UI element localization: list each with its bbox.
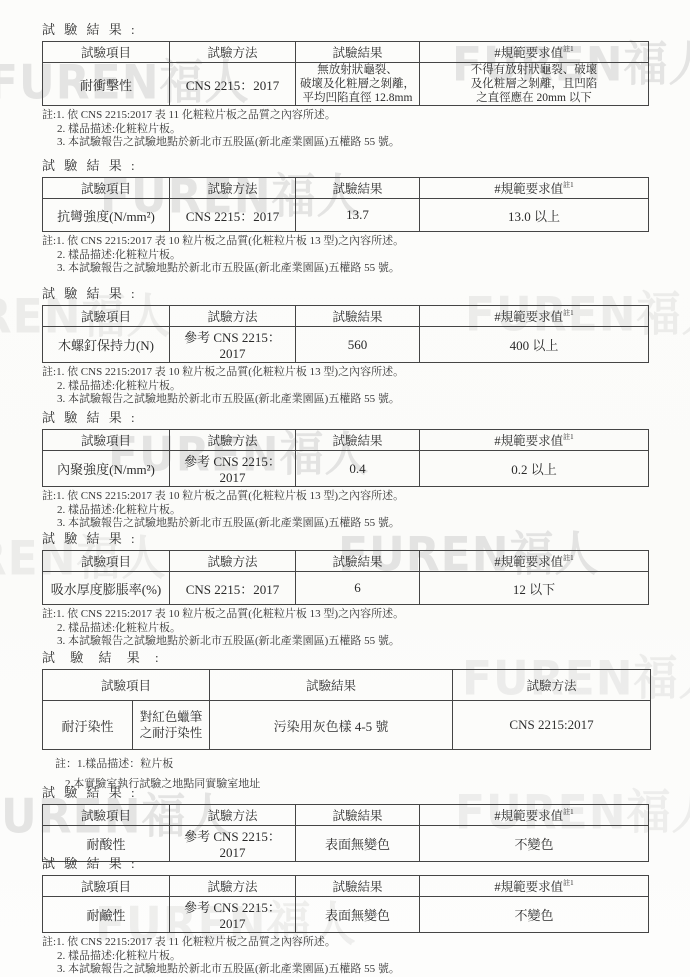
col-header-requirement: #規範要求值註1 — [420, 42, 649, 63]
note-text: 1.樣品描述：粒片板 — [77, 758, 173, 770]
note-line: 3. 本試驗報告之試驗地點於新北市五股區(新北產業園區)五權路 55 號。 — [42, 262, 649, 276]
data-row: 耐汙染性 對紅色蠟筆 之耐汙染性 污染用灰色樣 4-5 號 CNS 2215:2… — [43, 701, 651, 750]
footnote-marker: 註1 — [563, 433, 574, 441]
test-method-cell: 參考 CNS 2215：2017 — [170, 897, 296, 933]
test-result-cell: 0.4 — [296, 451, 420, 487]
col-header-method: 試驗方法 — [170, 876, 296, 897]
test-result-cell: 表面無變色 — [296, 897, 420, 933]
note-label: 註： — [55, 758, 77, 770]
note-line: 2. 樣品描述:化粧粒片板。 — [42, 123, 649, 137]
col-header-requirement: #規範要求值註1 — [420, 805, 649, 826]
header-row: 試驗項目 試驗方法 試驗結果 #規範要求值註1 — [43, 876, 649, 897]
col-header-item: 試驗項目 — [43, 670, 210, 701]
col-header-result: 試驗結果 — [296, 178, 420, 199]
requirement-cell: 0.2 以上 — [420, 451, 649, 487]
note-label: 註: — [42, 490, 56, 502]
result-table: 試驗項目 試驗方法 試驗結果 #規範要求值註1 耐鹼性 參考 CNS 2215：… — [42, 875, 649, 933]
data-row: 內聚強度(N/mm²) 參考 CNS 2215：2017 0.4 0.2 以上 — [43, 451, 649, 487]
requirement-header-text: #規範要求值 — [494, 809, 563, 823]
data-row: 抗彎強度(N/mm²) CNS 2215：2017 13.7 13.0 以上 — [43, 199, 649, 232]
section-stain-resistance: 試 驗 結 果 : 試驗項目 試驗結果 試驗方法 耐汙染性 對紅色蠟筆 之耐汙染… — [42, 650, 649, 794]
section-heading: 試 驗 結 果 : — [42, 856, 649, 872]
requirement-cell: 不變色 — [420, 897, 649, 933]
note-line: 2. 樣品描述:化粧粒片板。 — [42, 950, 649, 964]
footnote-marker: 註1 — [563, 554, 574, 562]
col-header-item: 試驗項目 — [43, 178, 170, 199]
test-method-cell: CNS 2215：2017 — [170, 63, 296, 106]
col-header-result: 試驗結果 — [296, 551, 420, 572]
section-screw-holding: 試 驗 結 果 : 試驗項目 試驗方法 試驗結果 #規範要求值註1 木螺釘保持力… — [42, 286, 649, 407]
col-header-requirement: #規範要求值註1 — [420, 306, 649, 327]
test-item-cell: 抗彎強度(N/mm²) — [43, 199, 170, 232]
test-item-cell: 耐汙染性 — [43, 701, 133, 750]
requirement-cell: 13.0 以上 — [420, 199, 649, 232]
note-line: 註:1. 依 CNS 2215:2017 表 11 化粧粒片板之品質之內容所述。 — [42, 109, 649, 123]
col-header-requirement: #規範要求值註1 — [420, 178, 649, 199]
col-header-item: 試驗項目 — [43, 42, 170, 63]
header-row: 試驗項目 試驗方法 試驗結果 #規範要求值註1 — [43, 551, 649, 572]
note-label: 註: — [42, 608, 56, 620]
section-thickness-swelling: 試 驗 結 果 : 試驗項目 試驗方法 試驗結果 #規範要求值註1 吸水厚度膨脹… — [42, 531, 649, 649]
data-row: 吸水厚度膨脹率(%) CNS 2215：2017 6 12 以下 — [43, 572, 649, 605]
col-header-item: 試驗項目 — [43, 430, 170, 451]
note-line: 註：1.樣品描述：粒片板 — [55, 754, 649, 774]
section-alkali-resistance: 試 驗 結 果 : 試驗項目 試驗方法 試驗結果 #規範要求值註1 耐鹼性 參考… — [42, 856, 649, 977]
col-header-item: 試驗項目 — [43, 306, 170, 327]
footnote-marker: 註1 — [563, 181, 574, 189]
section-heading: 試 驗 結 果 : — [42, 531, 649, 547]
note-text: 1. 依 CNS 2215:2017 表 11 化粧粒片板之品質之內容所述。 — [56, 936, 336, 948]
test-subitem-cell: 對紅色蠟筆 之耐汙染性 — [133, 701, 210, 750]
note-label: 註: — [42, 109, 56, 121]
col-header-requirement: #規範要求值註1 — [420, 876, 649, 897]
note-text: 1. 依 CNS 2215:2017 表 10 粒片板之品質(化粧粒片板 13 … — [56, 490, 404, 502]
requirement-line: 及化粧層之剝離，且凹陷 — [422, 77, 646, 91]
test-item-cell: 耐衝擊性 — [43, 63, 170, 106]
requirement-header-text: #規範要求值 — [494, 555, 563, 569]
col-header-method: 試驗方法 — [170, 551, 296, 572]
data-row: 耐鹼性 參考 CNS 2215：2017 表面無變色 不變色 — [43, 897, 649, 933]
section-heading: 試 驗 結 果 : — [42, 158, 649, 174]
section-impact-resistance: 試 驗 結 果 : 試驗項目 試驗方法 試驗結果 #規範要求值註1 耐衝擊性 C… — [42, 22, 649, 150]
test-result-cell: 污染用灰色樣 4-5 號 — [210, 701, 453, 750]
col-header-item: 試驗項目 — [43, 805, 170, 826]
footnote-marker: 註1 — [563, 879, 574, 887]
section-acid-resistance: 試 驗 結 果 : 試驗項目 試驗方法 試驗結果 #規範要求值註1 耐酸性 參考… — [42, 785, 649, 862]
note-line: 2. 樣品描述:化粧粒片板。 — [42, 249, 649, 263]
header-row: 試驗項目 試驗方法 試驗結果 #規範要求值註1 — [43, 805, 649, 826]
test-item-cell: 內聚強度(N/mm²) — [43, 451, 170, 487]
col-header-result: 試驗結果 — [210, 670, 453, 701]
col-header-method: 試驗方法 — [453, 670, 651, 701]
notes-block: 註:1. 依 CNS 2215:2017 表 10 粒片板之品質(化粧粒片板 1… — [42, 235, 649, 276]
notes-block: 註:1. 依 CNS 2215:2017 表 11 化粧粒片板之品質之內容所述。… — [42, 109, 649, 150]
data-row: 木螺釘保持力(N) 參考 CNS 2215：2017 560 400 以上 — [43, 327, 649, 363]
section-internal-bond: 試 驗 結 果 : 試驗項目 試驗方法 試驗結果 #規範要求值註1 內聚強度(N… — [42, 410, 649, 531]
requirement-header-text: #規範要求值 — [494, 434, 563, 448]
requirement-line: 之直徑應在 20mm 以下 — [422, 91, 646, 105]
note-label: 註: — [42, 366, 56, 378]
note-line: 註:1. 依 CNS 2215:2017 表 10 粒片板之品質(化粧粒片板 1… — [42, 235, 649, 249]
col-header-method: 試驗方法 — [170, 42, 296, 63]
subitem-line: 對紅色蠟筆 — [135, 709, 207, 725]
section-heading: 試 驗 結 果 : — [42, 410, 649, 426]
note-label: 註: — [42, 235, 56, 247]
note-line: 註:1. 依 CNS 2215:2017 表 10 粒片板之品質(化粧粒片板 1… — [42, 490, 649, 504]
section-heading: 試 驗 結 果 : — [42, 650, 649, 666]
note-line: 註:1. 依 CNS 2215:2017 表 11 化粧粒片板之品質之內容所述。 — [42, 936, 649, 950]
section-heading: 試 驗 結 果 : — [42, 22, 649, 38]
header-row: 試驗項目 試驗方法 試驗結果 #規範要求值註1 — [43, 430, 649, 451]
note-text: 1. 依 CNS 2215:2017 表 10 粒片板之品質(化粧粒片板 13 … — [56, 235, 404, 247]
col-header-method: 試驗方法 — [170, 306, 296, 327]
col-header-method: 試驗方法 — [170, 430, 296, 451]
test-item-cell: 吸水厚度膨脹率(%) — [43, 572, 170, 605]
note-line: 2. 樣品描述:化粧粒片板。 — [42, 622, 649, 636]
requirement-header-text: #規範要求值 — [494, 310, 563, 324]
result-table: 試驗項目 試驗結果 試驗方法 耐汙染性 對紅色蠟筆 之耐汙染性 污染用灰色樣 4… — [42, 669, 651, 750]
result-line: 無放射狀龜裂、 — [298, 63, 417, 77]
col-header-result: 試驗結果 — [296, 306, 420, 327]
header-row: 試驗項目 試驗方法 試驗結果 #規範要求值註1 — [43, 42, 649, 63]
result-line: 破壞及化粧層之剝離， — [298, 77, 417, 91]
data-row: 耐衝擊性 CNS 2215：2017 無放射狀龜裂、 破壞及化粧層之剝離， 平均… — [43, 63, 649, 106]
note-line: 2. 樣品描述:化粧粒片板。 — [42, 380, 649, 394]
notes-block: 註:1. 依 CNS 2215:2017 表 10 粒片板之品質(化粧粒片板 1… — [42, 366, 649, 407]
notes-block: 註:1. 依 CNS 2215:2017 表 10 粒片板之品質(化粧粒片板 1… — [42, 490, 649, 531]
header-row: 試驗項目 試驗方法 試驗結果 #規範要求值註1 — [43, 306, 649, 327]
col-header-requirement: #規範要求值註1 — [420, 430, 649, 451]
footnote-marker: 註1 — [563, 45, 574, 53]
requirement-line: 不得有放射狀龜裂、破壞 — [422, 63, 646, 77]
requirement-cell: 12 以下 — [420, 572, 649, 605]
notes-block: 註:1. 依 CNS 2215:2017 表 10 粒片板之品質(化粧粒片板 1… — [42, 608, 649, 649]
note-line: 註:1. 依 CNS 2215:2017 表 10 粒片板之品質(化粧粒片板 1… — [42, 366, 649, 380]
scanned-test-report-page: FUREN福人 FUREN福人 FUREN福人 FUREN福人 FUREN福人 … — [0, 0, 690, 977]
test-result-cell: 6 — [296, 572, 420, 605]
test-item-cell: 木螺釘保持力(N) — [43, 327, 170, 363]
col-header-result: 試驗結果 — [296, 876, 420, 897]
result-table: 試驗項目 試驗方法 試驗結果 #規範要求值註1 耐酸性 參考 CNS 2215：… — [42, 804, 649, 862]
note-line: 3. 本試驗報告之試驗地點於新北市五股區(新北產業園區)五權路 55 號。 — [42, 635, 649, 649]
section-heading: 試 驗 結 果 : — [42, 785, 649, 801]
result-table: 試驗項目 試驗方法 試驗結果 #規範要求值註1 抗彎強度(N/mm²) CNS … — [42, 177, 649, 232]
section-bending-strength: 試 驗 結 果 : 試驗項目 試驗方法 試驗結果 #規範要求值註1 抗彎強度(N… — [42, 158, 649, 276]
note-line: 2. 樣品描述:化粧粒片板。 — [42, 504, 649, 518]
test-method-cell: CNS 2215:2017 — [453, 701, 651, 750]
col-header-item: 試驗項目 — [43, 551, 170, 572]
test-method-cell: CNS 2215：2017 — [170, 199, 296, 232]
test-item-cell: 耐鹼性 — [43, 897, 170, 933]
requirement-cell: 不得有放射狀龜裂、破壞 及化粧層之剝離，且凹陷 之直徑應在 20mm 以下 — [420, 63, 649, 106]
test-result-cell: 無放射狀龜裂、 破壞及化粧層之剝離， 平均凹陷直徑 12.8mm — [296, 63, 420, 106]
note-line: 3. 本試驗報告之試驗地點於新北市五股區(新北產業園區)五權路 55 號。 — [42, 393, 649, 407]
col-header-requirement: #規範要求值註1 — [420, 551, 649, 572]
requirement-header-text: #規範要求值 — [494, 46, 563, 60]
notes-block: 註:1. 依 CNS 2215:2017 表 11 化粧粒片板之品質之內容所述。… — [42, 936, 649, 977]
header-row: 試驗項目 試驗結果 試驗方法 — [43, 670, 651, 701]
note-line: 3. 本試驗報告之試驗地點於新北市五股區(新北產業園區)五權路 55 號。 — [42, 136, 649, 150]
result-table: 試驗項目 試驗方法 試驗結果 #規範要求值註1 木螺釘保持力(N) 參考 CNS… — [42, 305, 649, 363]
footnote-marker: 註1 — [563, 808, 574, 816]
note-label: 註: — [42, 936, 56, 948]
test-result-cell: 560 — [296, 327, 420, 363]
result-line: 平均凹陷直徑 12.8mm — [298, 91, 417, 105]
col-header-result: 試驗結果 — [296, 805, 420, 826]
section-heading: 試 驗 結 果 : — [42, 286, 649, 302]
note-line: 3. 本試驗報告之試驗地點於新北市五股區(新北產業園區)五權路 55 號。 — [42, 963, 649, 977]
header-row: 試驗項目 試驗方法 試驗結果 #規範要求值註1 — [43, 178, 649, 199]
note-text: 1. 依 CNS 2215:2017 表 10 粒片板之品質(化粧粒片板 13 … — [56, 608, 404, 620]
subitem-line: 之耐汙染性 — [135, 725, 207, 741]
note-text: 1. 依 CNS 2215:2017 表 11 化粧粒片板之品質之內容所述。 — [56, 109, 336, 121]
note-line: 註:1. 依 CNS 2215:2017 表 10 粒片板之品質(化粧粒片板 1… — [42, 608, 649, 622]
requirement-header-text: #規範要求值 — [494, 880, 563, 894]
result-table: 試驗項目 試驗方法 試驗結果 #規範要求值註1 耐衝擊性 CNS 2215：20… — [42, 41, 649, 106]
result-table: 試驗項目 試驗方法 試驗結果 #規範要求值註1 內聚強度(N/mm²) 參考 C… — [42, 429, 649, 487]
requirement-header-text: #規範要求值 — [494, 182, 563, 196]
col-header-result: 試驗結果 — [296, 430, 420, 451]
note-text: 1. 依 CNS 2215:2017 表 10 粒片板之品質(化粧粒片板 13 … — [56, 366, 404, 378]
test-result-cell: 13.7 — [296, 199, 420, 232]
test-method-cell: CNS 2215：2017 — [170, 572, 296, 605]
col-header-item: 試驗項目 — [43, 876, 170, 897]
footnote-marker: 註1 — [563, 309, 574, 317]
col-header-method: 試驗方法 — [170, 178, 296, 199]
col-header-result: 試驗結果 — [296, 42, 420, 63]
test-method-cell: 參考 CNS 2215：2017 — [170, 327, 296, 363]
result-table: 試驗項目 試驗方法 試驗結果 #規範要求值註1 吸水厚度膨脹率(%) CNS 2… — [42, 550, 649, 605]
note-line: 3. 本試驗報告之試驗地點於新北市五股區(新北產業園區)五權路 55 號。 — [42, 517, 649, 531]
requirement-cell: 400 以上 — [420, 327, 649, 363]
col-header-method: 試驗方法 — [170, 805, 296, 826]
test-method-cell: 參考 CNS 2215：2017 — [170, 451, 296, 487]
